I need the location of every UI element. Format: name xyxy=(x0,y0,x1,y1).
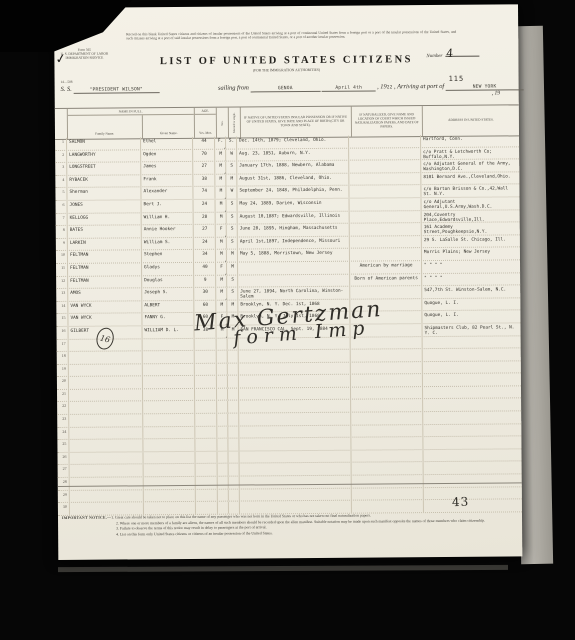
cell-num: 15 xyxy=(56,314,68,326)
cell-address: Quogue, L. I. xyxy=(422,311,520,323)
cell-nat xyxy=(351,374,423,386)
cell-sex xyxy=(217,439,228,451)
cell-address xyxy=(423,386,521,398)
cell-family: LARKIN xyxy=(68,238,142,250)
cell-given: William H. xyxy=(142,212,194,224)
manifest-page: Form 565 U. S. DEPARTMENT OF LABOR IMMIG… xyxy=(54,4,522,560)
cell-birth: August 10,1887; Edwardsville, Illinois xyxy=(238,211,350,223)
voyage-line: S. S. "PRESIDENT WILSON" sailing from GE… xyxy=(61,82,513,94)
cell-family xyxy=(69,414,143,426)
ss-label: S. S. xyxy=(61,86,72,93)
cell-family: FELTMAN xyxy=(68,251,142,263)
cell-birth xyxy=(239,375,351,387)
cell-marital xyxy=(229,464,240,476)
header-yrs-mos: Yrs. Mos. xyxy=(195,115,217,138)
header-row-number xyxy=(55,109,68,139)
port-of-departure: GENOA xyxy=(250,86,320,93)
cell-given: James xyxy=(141,162,193,174)
cell-num: 22 xyxy=(57,402,69,414)
cell-nat xyxy=(349,185,421,197)
cell-given xyxy=(143,389,195,401)
header-birth: IF NATIVE OF UNITED STATES INSULAR POSSE… xyxy=(241,107,352,138)
important-notice: IMPORTANT NOTICE.—1. Great care should b… xyxy=(62,512,518,538)
cell-nat xyxy=(352,488,424,500)
cell-given: Ethel xyxy=(141,137,193,149)
cell-nat xyxy=(351,362,423,374)
cell-nat xyxy=(349,160,421,172)
arriving-label: , Arriving at port of xyxy=(394,83,444,90)
cell-family: BATES xyxy=(68,225,142,237)
cell-given: Douglas xyxy=(142,275,194,287)
cell-sex: F. xyxy=(215,137,226,149)
cell-nat xyxy=(350,198,422,210)
header-name-group: NAME IN FULL. Family Name. Given Name. xyxy=(68,108,195,139)
cell-nat xyxy=(351,437,423,449)
cell-age: 40 xyxy=(194,263,216,275)
cell-marital xyxy=(228,426,239,438)
cell-sex xyxy=(217,414,228,426)
cell-sex xyxy=(218,464,229,476)
cell-num: 13 xyxy=(56,289,68,301)
cell-address: c/o Adjutant General of the Army, Washin… xyxy=(421,160,519,172)
cell-birth: September 24, 1848, Philadelphia, Penn. xyxy=(237,186,349,198)
cell-birth xyxy=(240,501,352,513)
cell-nat xyxy=(350,236,422,248)
cell-given: Ogden xyxy=(141,150,193,162)
cell-sex: M xyxy=(216,212,227,224)
cell-address: c/o Adjutant General,U.S.Army,Wash.D.C. xyxy=(422,197,520,209)
cell-num: 4 xyxy=(55,176,67,188)
cell-given xyxy=(144,490,196,502)
cell-birth: January 17th, 1888, Newbern, Alabama xyxy=(237,161,349,173)
cell-address xyxy=(423,399,521,411)
cell-family: FELTMAN xyxy=(68,263,142,275)
cell-family xyxy=(69,351,143,363)
cell-nat xyxy=(349,135,421,147)
cell-num: 23 xyxy=(57,415,69,427)
cell-marital: M xyxy=(227,250,238,262)
cell-age: 30 xyxy=(194,288,216,300)
cell-birth: August 31st, 1886, Cleveland, Ohio. xyxy=(237,173,349,185)
cell-nat: Born of American parents xyxy=(350,274,422,286)
cell-family: SALMON xyxy=(67,137,141,149)
cell-sex: M xyxy=(215,174,226,186)
number-field: Number4 xyxy=(426,47,479,60)
cell-address xyxy=(424,500,522,512)
cell-given: Annie Hooker xyxy=(142,225,194,237)
cell-age xyxy=(195,363,217,375)
cell-age xyxy=(195,376,217,388)
number-handwritten-value: 4 xyxy=(446,47,454,61)
cell-birth xyxy=(239,362,351,374)
cell-address: c/o Barton Brisson & Co.,42,Wall St. N.Y… xyxy=(421,185,519,197)
cell-sex xyxy=(218,489,229,501)
cell-age xyxy=(195,351,217,363)
cell-sex: F xyxy=(216,263,227,275)
cell-marital xyxy=(229,477,240,489)
cell-given xyxy=(143,401,195,413)
cell-num: 25 xyxy=(57,440,69,452)
header-age: AGE. Yrs. Mos. xyxy=(195,108,218,138)
cell-address: Quogue, L. I. xyxy=(422,298,520,310)
cell-age: 24 xyxy=(194,237,216,249)
cell-num: 30 xyxy=(58,503,70,515)
header-given-name: Given Name. xyxy=(143,115,195,138)
cell-nat xyxy=(352,500,424,512)
cell-given: Joseph S. xyxy=(142,288,194,300)
cell-num: 18 xyxy=(57,352,69,364)
page-subtitle: (FOR THE IMMIGRATION AUTHORITIES) xyxy=(54,66,518,74)
print-code: 14—508 xyxy=(61,80,73,84)
cell-nat xyxy=(351,387,423,399)
cell-num: 6 xyxy=(56,201,68,213)
cell-birth xyxy=(239,400,351,412)
cell-nat xyxy=(350,211,422,223)
cell-birth: June 27, 1894, North Carolina, Winston-S… xyxy=(238,287,350,299)
cell-marital: S xyxy=(226,162,237,174)
port-of-arrival: NEW YORK xyxy=(446,84,524,91)
header-marital: Married or single. xyxy=(229,108,241,138)
cell-family xyxy=(69,402,143,414)
cell-given xyxy=(143,364,195,376)
cell-birth xyxy=(238,274,350,286)
cell-address: Morris Plains; New Jersey xyxy=(422,248,520,260)
cell-given xyxy=(143,439,195,451)
cell-age xyxy=(195,439,217,451)
cell-birth: May 24, 1889, Darien, Wisconsin xyxy=(238,199,350,211)
cell-sex: M xyxy=(215,162,226,174)
cell-marital xyxy=(228,439,239,451)
cell-family xyxy=(70,490,144,502)
cell-birth xyxy=(239,425,351,437)
cell-num: 3 xyxy=(55,163,67,175)
cell-marital xyxy=(229,489,240,501)
cell-marital xyxy=(228,388,239,400)
cell-given xyxy=(144,464,196,476)
cell-address: 547,7th St. Winston-Salem, N.C. xyxy=(422,285,520,297)
cell-marital xyxy=(228,376,239,388)
cell-nat xyxy=(351,425,423,437)
cell-given xyxy=(143,427,195,439)
cell-family xyxy=(70,503,144,515)
cell-address xyxy=(424,474,522,486)
cell-given xyxy=(143,338,195,350)
cell-given xyxy=(143,351,195,363)
cell-num: 9 xyxy=(56,239,68,251)
scan-background: { "form_corner": { "form_no": "Form 565"… xyxy=(0,0,575,640)
cell-address: 204,Coventry Place,Edwardsville,Ill. xyxy=(422,210,520,222)
cell-age: 70 xyxy=(193,149,215,161)
cell-num: 19 xyxy=(57,365,69,377)
cell-sex: M xyxy=(216,288,227,300)
page-bottom-shadow xyxy=(58,565,508,572)
cell-address: Hartford, Conn. xyxy=(421,134,519,146)
cell-given: ALBERT xyxy=(142,301,194,313)
cell-num: 17 xyxy=(57,339,69,351)
sailing-from-label: sailing from xyxy=(218,84,249,91)
cell-nat xyxy=(350,286,422,298)
cell-sex: M xyxy=(215,187,226,199)
cell-given: Gladys xyxy=(142,263,194,275)
cell-marital: S xyxy=(227,275,238,287)
cell-given: WILLIAM D. L. xyxy=(143,326,195,338)
cell-marital: S xyxy=(227,212,238,224)
cell-family: KELLOGG xyxy=(68,213,142,225)
header-family-name: Family Name. xyxy=(68,115,143,139)
cell-nat xyxy=(352,463,424,475)
cell-birth: May 5, 1888, Morristown, New Jersey xyxy=(238,249,350,261)
cell-address xyxy=(423,437,521,449)
cell-nat xyxy=(351,400,423,412)
cell-nat: American by marriage xyxy=(350,261,422,273)
cell-family: LANGWORTHY xyxy=(67,150,141,162)
cell-marital: M xyxy=(227,263,238,275)
cell-birth xyxy=(240,463,352,475)
cell-address xyxy=(423,361,521,373)
cell-marital xyxy=(228,451,239,463)
cell-nat xyxy=(350,223,422,235)
cell-num: 27 xyxy=(58,465,70,477)
cell-given: Bert J. xyxy=(142,200,194,212)
cell-num: 1 xyxy=(55,138,67,150)
cell-marital: W xyxy=(226,149,237,161)
cell-marital: M xyxy=(226,174,237,186)
cell-age xyxy=(196,477,218,489)
cell-given: William S. xyxy=(142,238,194,250)
cell-num: 14 xyxy=(56,302,68,314)
cell-num: 21 xyxy=(57,390,69,402)
cell-address: " " " " xyxy=(422,260,520,272)
cell-given xyxy=(144,502,196,514)
cell-nat xyxy=(349,173,421,185)
cell-given: FANNY G. xyxy=(142,313,194,325)
cell-nat xyxy=(349,148,421,160)
cell-num: 12 xyxy=(56,276,68,288)
cell-address: 29 S. LaSalle St. Chicago, Ill. xyxy=(422,235,520,247)
cell-nat xyxy=(351,412,423,424)
cell-family: FELTMAN xyxy=(68,276,142,288)
cell-sex: F xyxy=(216,225,227,237)
cell-num: 20 xyxy=(57,377,69,389)
cell-birth xyxy=(239,350,351,362)
cell-sex: M xyxy=(215,149,226,161)
cell-birth: Aug. 23, 1851, Auburn, N.Y. xyxy=(237,148,349,160)
cell-age xyxy=(195,414,217,426)
cell-address: c/o Pratt & Letchworth Co; Buffalo,N.Y. xyxy=(421,147,519,159)
cell-family xyxy=(69,364,143,376)
cell-sex xyxy=(218,477,229,489)
cell-marital: S xyxy=(227,225,238,237)
cell-sex: M xyxy=(216,275,227,287)
cell-birth xyxy=(239,413,351,425)
cell-address xyxy=(423,348,521,360)
cell-sex xyxy=(217,351,228,363)
cell-sex xyxy=(218,502,229,514)
form-instructions: Record on this blank United States citiz… xyxy=(126,30,456,41)
cell-family xyxy=(69,389,143,401)
cell-address xyxy=(423,374,521,386)
cell-nat xyxy=(351,349,423,361)
cell-family xyxy=(69,440,143,452)
cell-age: 38 xyxy=(193,175,215,187)
cell-sex: M xyxy=(216,250,227,262)
cell-age xyxy=(196,489,218,501)
cell-sex xyxy=(217,376,228,388)
cell-nat xyxy=(351,450,423,462)
cell-age xyxy=(195,452,217,464)
cell-nat xyxy=(352,475,424,487)
cell-age: 27 xyxy=(194,225,216,237)
cell-age: 34 xyxy=(194,250,216,262)
cell-age xyxy=(195,426,217,438)
number-label: Number xyxy=(426,54,442,59)
cell-sex xyxy=(217,389,228,401)
cell-family xyxy=(69,377,143,389)
cell-sex: M xyxy=(216,237,227,249)
cell-num: 29 xyxy=(58,491,70,503)
ship-name: "PRESIDENT WILSON" xyxy=(73,87,159,94)
cell-birth: June 28, 1895, Hingham, Massachusetts xyxy=(238,224,350,236)
cell-marital xyxy=(229,502,240,514)
cell-age: 24 xyxy=(194,200,216,212)
cell-marital xyxy=(228,401,239,413)
cell-marital: S xyxy=(227,200,238,212)
cell-num: 2 xyxy=(55,150,67,162)
cell-marital: W xyxy=(226,187,237,199)
cell-address: " " " " xyxy=(422,273,520,285)
cell-age: 27 xyxy=(193,162,215,174)
cell-family xyxy=(69,427,143,439)
cell-address xyxy=(423,424,521,436)
cell-num: 11 xyxy=(56,264,68,276)
cell-family xyxy=(70,465,144,477)
cell-family: RYBACEK xyxy=(67,175,141,187)
cell-age: 9 xyxy=(194,275,216,287)
header-address: ADDRESS IN UNITED STATES. xyxy=(423,105,519,136)
cell-family: VAN WYCK xyxy=(68,314,142,326)
cell-age xyxy=(196,464,218,476)
cell-num: 5 xyxy=(55,188,67,200)
cell-marital xyxy=(228,414,239,426)
cell-birth xyxy=(240,488,352,500)
cell-given xyxy=(144,477,196,489)
cell-age xyxy=(196,502,218,514)
cell-given: Alexander xyxy=(141,187,193,199)
cell-birth: Dec. 14th, 1879; Cleveland, Ohio. xyxy=(237,136,349,148)
cell-num: 26 xyxy=(57,453,69,465)
cell-age xyxy=(195,401,217,413)
cell-sex xyxy=(217,451,228,463)
cell-age: 44 xyxy=(193,137,215,149)
cell-birth xyxy=(239,451,351,463)
notice-label: IMPORTANT NOTICE.— xyxy=(62,516,111,520)
cell-sex: M xyxy=(216,200,227,212)
cell-family: AMOS xyxy=(68,288,142,300)
cell-nat xyxy=(350,248,422,260)
year-value: 22 xyxy=(387,85,393,90)
cell-birth: April 1st,1897, Independence, Missouri xyxy=(238,236,350,248)
cell-given xyxy=(143,414,195,426)
cell-marital: S. xyxy=(226,137,237,149)
cell-family: Sherman xyxy=(67,188,141,200)
cell-address: Shipmasters Club, 82 Pearl St., N. Y. C. xyxy=(422,323,520,335)
cell-birth xyxy=(239,388,351,400)
cell-birth xyxy=(240,476,352,488)
cell-address xyxy=(423,411,521,423)
cell-marital xyxy=(228,351,239,363)
arrival-year-blank: , 19 xyxy=(492,90,500,96)
cell-sex xyxy=(217,426,228,438)
cell-age: 74 xyxy=(193,187,215,199)
year-prefix: , 19 xyxy=(377,83,387,90)
cell-num: 10 xyxy=(56,251,68,263)
cell-num: 24 xyxy=(57,428,69,440)
sailing-date: April 4th xyxy=(322,85,376,91)
cell-age xyxy=(195,389,217,401)
cell-marital: S xyxy=(227,288,238,300)
cell-birth xyxy=(238,262,350,274)
cell-num: 28 xyxy=(58,478,70,490)
cell-address xyxy=(424,487,522,499)
cell-marital xyxy=(228,363,239,375)
cell-birth xyxy=(239,438,351,450)
cell-address xyxy=(424,462,522,474)
cell-num: 7 xyxy=(56,213,68,225)
cell-sex xyxy=(217,401,228,413)
cell-num: 8 xyxy=(56,226,68,238)
cell-given: Frank xyxy=(141,175,193,187)
page-number-stamp: 43 xyxy=(452,494,470,509)
cell-num: 16 xyxy=(57,327,69,339)
cell-given: Stephen xyxy=(142,250,194,262)
header-sex: Sex. xyxy=(217,108,229,138)
cell-family: LONGSTREET xyxy=(67,163,141,175)
list-number-stamp: 115 xyxy=(449,75,465,83)
cell-marital: S xyxy=(227,237,238,249)
cell-age: 28 xyxy=(194,212,216,224)
cell-family: JONES xyxy=(68,200,142,212)
cell-given xyxy=(143,376,195,388)
cell-address xyxy=(423,336,521,348)
cell-given xyxy=(143,452,195,464)
cell-address: 161 Academy Street,Poughkeepsie,N.Y. xyxy=(422,223,520,235)
notice-line-1: 1. Great care should be taken not to pla… xyxy=(111,514,371,520)
cell-family: VAN WYCK xyxy=(68,301,142,313)
header-naturalization: IF NATURALIZED, GIVE NAME AND LOCATION O… xyxy=(351,106,423,137)
cell-address xyxy=(423,449,521,461)
cell-sex xyxy=(217,363,228,375)
cell-family xyxy=(69,452,143,464)
cell-address: 8101 Bernard Ave.,Cleveland,Ohio. xyxy=(421,172,519,184)
cell-family xyxy=(70,477,144,489)
